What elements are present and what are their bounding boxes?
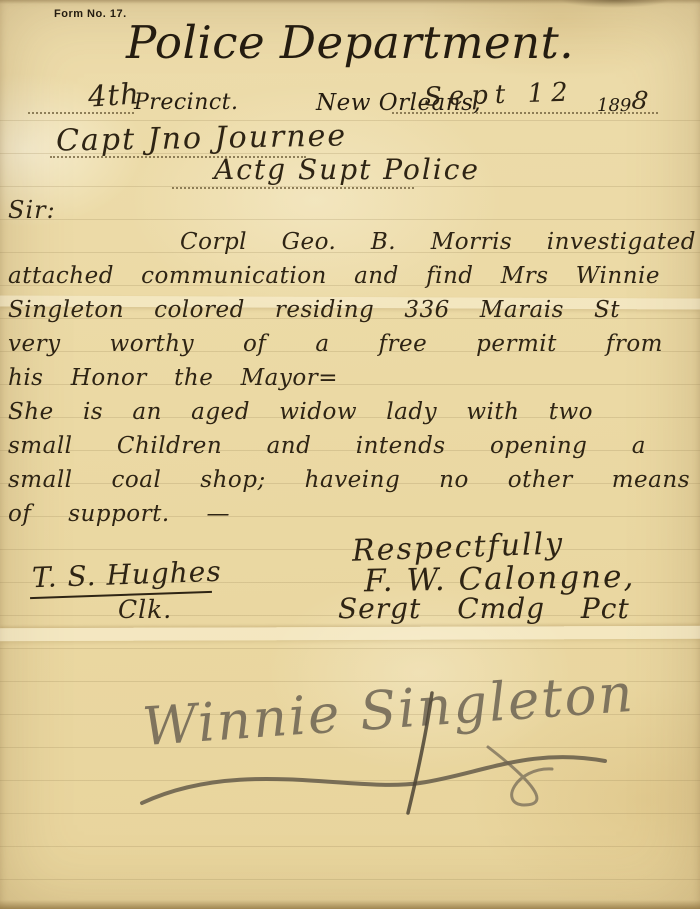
signature-flourish (100, 655, 640, 845)
year-printed: 189 (597, 95, 631, 116)
paper-crease-lower (0, 626, 700, 641)
body-line: small coal shop; haveing no other means (8, 465, 690, 499)
body-line: small Children and intends opening a (8, 431, 646, 465)
body-line: very worthy of a free permit from (8, 329, 663, 363)
salutation: Sir: (8, 196, 56, 224)
letter-body: Corpl Geo. B. Morris investigated attach… (8, 227, 698, 533)
clerk-signature: T. S. Hughes (31, 555, 222, 595)
dotted-rule-precinct (28, 112, 134, 114)
body-line: of support. — (8, 499, 230, 533)
year-handwritten-digit: 8 (630, 85, 650, 116)
letter-page: Form No. 17. Police Department. 4th Prec… (0, 0, 700, 909)
officer-title: Sergt Cmdg Pct (338, 592, 630, 625)
precinct-label: Precinct. (134, 90, 239, 115)
body-line: Corpl Geo. B. Morris investigated (180, 227, 696, 261)
precinct-value: 4th (87, 76, 141, 114)
body-line: his Honor the Mayor= (8, 363, 338, 397)
paper-edge-bottom (0, 900, 700, 909)
paper-shadow-streak (560, 0, 670, 8)
body-line: Singleton colored residing 336 Marais St (8, 295, 620, 329)
body-line: attached communication and find Mrs Winn… (8, 261, 660, 295)
addressee-title: Actg Supt Police (214, 153, 480, 186)
document-title: Police Department. (0, 16, 700, 69)
dotted-rule-addressee-title (172, 187, 414, 189)
body-line: She is an aged widow lady with two (8, 397, 593, 431)
clerk-title: Clk. (118, 595, 172, 624)
date-handwritten: Sept 12 (424, 77, 576, 112)
